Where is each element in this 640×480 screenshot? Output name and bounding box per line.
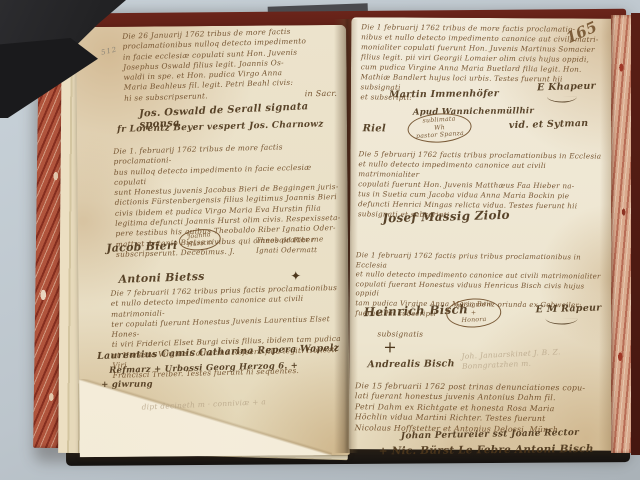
star-mark: ✦ (290, 269, 301, 284)
witness-cross-mark: + (383, 337, 397, 356)
circled-cross-annotation: subsignatio + Honora (446, 297, 502, 328)
cover-edge-right (631, 13, 640, 455)
signature-row-bottom: + Nic. Bürst Le Febre Antoni Bisch (379, 443, 594, 457)
pencil-folio-mark: 512 (100, 45, 118, 56)
underline-flourish (545, 318, 577, 324)
page-gutter (334, 19, 358, 453)
signature-large: Josef Massig Ziolo (382, 208, 510, 226)
signature-groom: Martin Immenhöfer (389, 88, 499, 100)
signature-witnesses: Theobald Riber Ignati Odermatt (256, 235, 317, 256)
entry-side-note: in Sacr. (305, 89, 338, 100)
left-page: 512 Die 26 Januarij 1762 tribus de more … (76, 25, 350, 457)
note-left: Riel (363, 123, 386, 134)
witness-cross-row: + giwrung (101, 380, 153, 390)
signature-row: Johan Pertureier sst Joane Rector (401, 428, 579, 442)
right-page: 165 Die 1 februarij 1762 tribus de more … (349, 17, 616, 451)
signature-priest: E Khapeur (537, 81, 596, 94)
bleed-through-signature: Joh. Januarskinet J. B. Z. Bonngratzhen … (461, 345, 614, 373)
manuscript-photo: 512 Die 26 Januarij 1762 tribus de more … (0, 0, 640, 480)
note-right: vid. et Sytman (509, 118, 589, 131)
signature-witness: Andrealis Bisch (367, 358, 455, 370)
signature-priest: E M Rapeur (536, 302, 602, 315)
signature-witness: Antoni Bietss (118, 270, 205, 286)
